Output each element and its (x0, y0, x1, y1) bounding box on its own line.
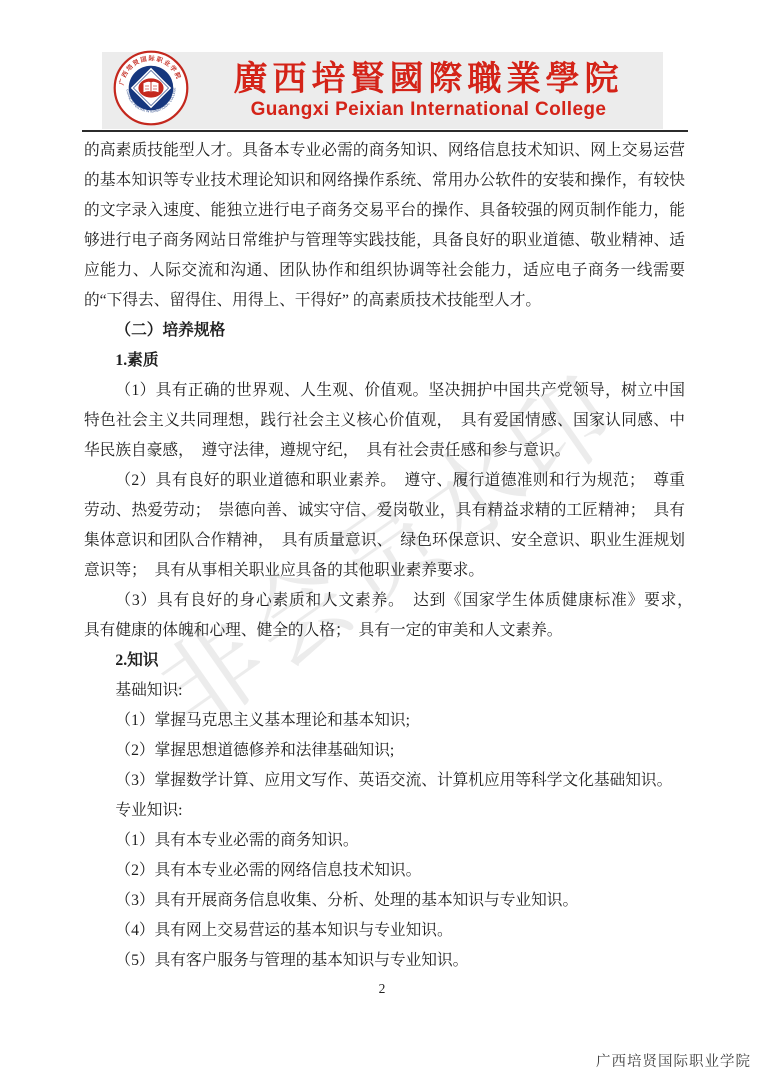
college-name-zh: 廣西培賢國際職業學院 (234, 61, 624, 99)
paragraph: 专业知识: (84, 796, 685, 826)
document-body: 的高素质技能型人才。具备本专业必需的商务知识、网络信息技术知识、网上交易运营的基… (84, 136, 685, 976)
paragraph: （1）具有本专业必需的商务知识。 (84, 826, 685, 856)
paragraph: （3）掌握数学计算、应用文写作、英语交流、计算机应用等科学文化基础知识。 (84, 766, 685, 796)
header-rule (82, 130, 688, 132)
footer-site-label: 广西培贤国际职业学院 (596, 1050, 751, 1071)
paragraph: （3）具有良好的身心素质和人文素养。 达到《国家学生体质健康标准》要求， 具有健… (84, 586, 685, 646)
document-page: 广西培贤国际职业学院 GUANGXI PEIXIAN INTERNATIONAL… (0, 0, 764, 1080)
paragraph: （1）掌握马克思主义基本理论和基本知识; (84, 706, 685, 736)
paragraph: （2）具有良好的职业道德和职业素养。 遵守、履行道德准则和行为规范； 尊重劳动、… (84, 466, 685, 586)
page-number: 2 (0, 981, 764, 997)
paragraph: （2）掌握思想道德修养和法律基础知识; (84, 736, 685, 766)
paragraph: （5）具有客户服务与管理的基本知识与专业知识。 (84, 946, 685, 976)
header-titles: 廣西培賢國際職業學院 Guangxi Peixian International… (202, 61, 663, 121)
logo-book-icon (144, 82, 159, 93)
paragraph: 1.素质 (84, 346, 685, 376)
paragraph: （2）具有本专业必需的网络信息技术知识。 (84, 856, 685, 886)
college-name-en: Guangxi Peixian International College (251, 99, 607, 121)
paragraph: （二）培养规格 (84, 316, 685, 346)
paragraph: 的高素质技能型人才。具备本专业必需的商务知识、网络信息技术知识、网上交易运营的基… (84, 136, 685, 316)
paragraph: 2.知识 (84, 646, 685, 676)
paragraph: （4）具有网上交易营运的基本知识与专业知识。 (84, 916, 685, 946)
college-logo: 广西培贤国际职业学院 GUANGXI PEIXIAN INTERNATIONAL… (112, 49, 190, 132)
paragraph: （3）具有开展商务信息收集、分析、处理的基本知识与专业知识。 (84, 886, 685, 916)
paragraph: （1）具有正确的世界观、人生观、价值观。坚决拥护中国共产党领导，树立中国特色社会… (84, 376, 685, 466)
paragraph: 基础知识: (84, 676, 685, 706)
college-seal-icon: 广西培贤国际职业学院 GUANGXI PEIXIAN INTERNATIONAL… (112, 49, 190, 127)
header-band: 广西培贤国际职业学院 GUANGXI PEIXIAN INTERNATIONAL… (102, 52, 663, 129)
